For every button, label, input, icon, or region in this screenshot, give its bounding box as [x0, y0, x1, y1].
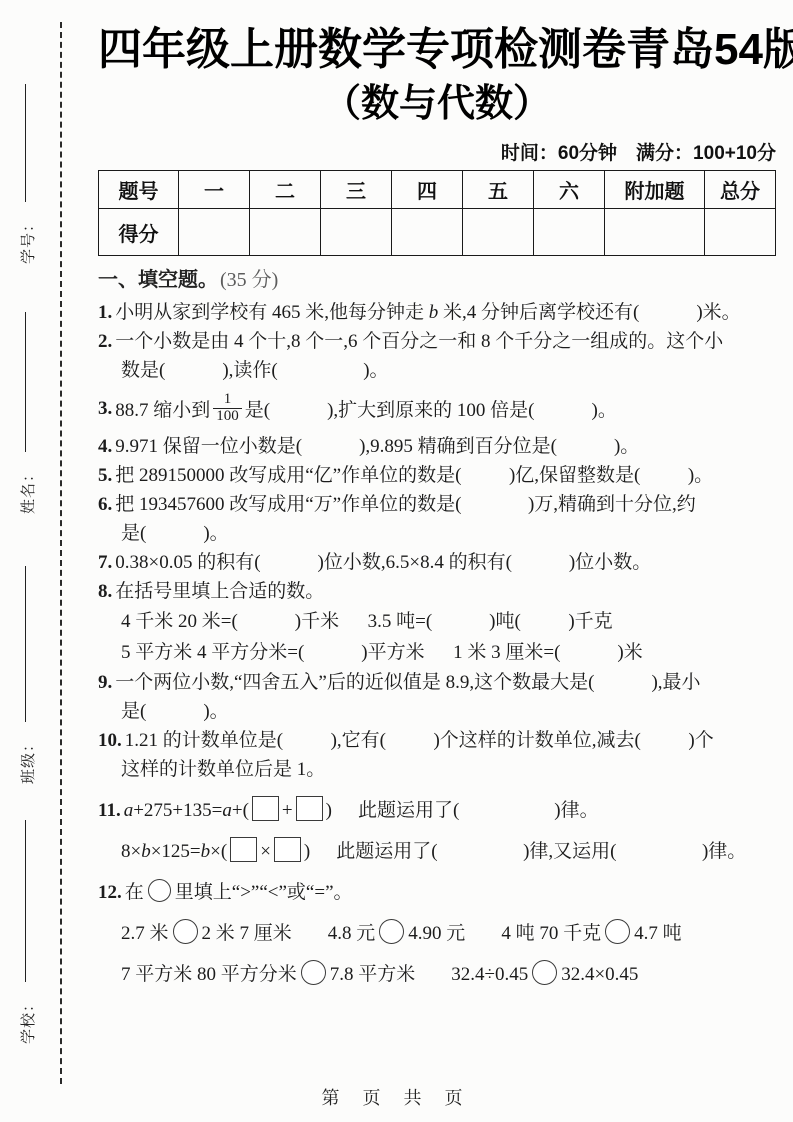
- page-subtitle: （数与代数）: [98, 83, 776, 127]
- equation-text: ): [326, 800, 332, 821]
- score-table-col-4: 四: [392, 171, 463, 209]
- comparison-circle: [605, 919, 630, 944]
- school-label: 学校：: [17, 996, 38, 1044]
- question-text: 小明从家到学校有 465 米,他每分钟走: [115, 302, 429, 323]
- equation-text: ): [304, 841, 310, 862]
- answer-box: [296, 796, 323, 821]
- score-cell: [250, 209, 321, 256]
- fraction-numerator: 1: [213, 392, 242, 408]
- score-table-col-6: 六: [534, 171, 605, 209]
- operator-times: ×: [260, 841, 271, 862]
- variable-a: a: [222, 800, 232, 821]
- comparison-row-1: 2.7 米2 米 7 厘米 4.8 元4.90 元 4 吨 70 千克4.7 吨: [98, 919, 776, 948]
- comparison-item: 32.4÷0.4532.4×0.45: [451, 960, 638, 989]
- variable-b: b: [429, 302, 439, 323]
- question-number: 4.: [98, 436, 112, 457]
- comparison-circle: [532, 960, 557, 985]
- comparison-item: 4 吨 70 千克4.7 吨: [501, 919, 681, 948]
- question-text: 这样的计数单位后是 1。: [121, 759, 325, 780]
- question-number: 7.: [98, 552, 112, 573]
- page-footer: 第 页 共 页: [0, 1084, 793, 1110]
- question-text: 里填上“>”“<”或“=”。: [175, 882, 353, 903]
- comparison-left: 4 吨 70 千克: [501, 923, 601, 944]
- question-1: 1.小明从家到学校有 465 米,他每分钟走 b 米,4 分钟后离学校还有( )…: [98, 298, 776, 327]
- score-table-col-3: 三: [321, 171, 392, 209]
- equation-text: ×(: [210, 841, 227, 862]
- fraction-denominator: 100: [213, 408, 242, 425]
- answer-box: [252, 796, 279, 821]
- comparison-circle: [148, 879, 171, 902]
- comparison-right: 4.90 元: [408, 923, 465, 944]
- comparison-row-2: 7 平方米 80 平方分米7.8 平方米 32.4÷0.4532.4×0.45: [98, 960, 776, 989]
- question-text: 0.38×0.05 的积有( )位小数,6.5×8.4 的积有( )位小数。: [115, 552, 651, 573]
- question-text: 9.971 保留一位小数是( ),9.895 精确到百分位是( )。: [115, 436, 639, 457]
- school-blank-line: [25, 820, 26, 982]
- question-11: 11.a+275+135=a+(+)此题运用了( )律。 8×b×125=b×(…: [98, 796, 776, 866]
- comparison-right: 7.8 平方米: [330, 964, 416, 985]
- fraction-one-hundredth: 1100: [213, 392, 242, 425]
- score-table-col-1: 一: [179, 171, 250, 209]
- question-text: 1.21 的计数单位是( ),它有( )个这样的计数单位,减去( )个: [125, 730, 714, 751]
- score-cell: [463, 209, 534, 256]
- answer-box: [274, 837, 301, 862]
- comparison-right: 4.7 吨: [634, 923, 682, 944]
- comparison-item: 7 平方米 80 平方分米7.8 平方米: [121, 960, 415, 989]
- student-id-blank-line: [25, 84, 26, 202]
- score-table-col-2: 二: [250, 171, 321, 209]
- equation-text: +(: [232, 800, 249, 821]
- question-text: 在括号里填上合适的数。: [115, 581, 324, 602]
- student-id-label: 学号：: [17, 216, 38, 264]
- score-table-header-row: 题号 一 二 三 四 五 六 附加题 总分: [99, 171, 776, 209]
- question-number: 11.: [98, 800, 121, 821]
- question-text: 5 平方米 4 平方分米=( )平方米 1 米 3 厘米=( )米: [121, 642, 643, 663]
- variable-b: b: [201, 841, 211, 862]
- comparison-circle: [301, 960, 326, 985]
- score-cell: [534, 209, 605, 256]
- question-number: 1.: [98, 302, 112, 323]
- score-cell: [605, 209, 705, 256]
- comparison-left: 32.4÷0.45: [451, 964, 528, 985]
- question-text: 把 289150000 改写成用“亿”作单位的数是( )亿,保留整数是( )。: [115, 465, 713, 486]
- exam-paper-page: 学号： 姓名： 班级： 学校： 四年级上册数学专项检测卷青岛54版 （数与代数）…: [0, 0, 793, 1122]
- question-number: 9.: [98, 672, 112, 693]
- score-table-col-total: 总分: [705, 171, 776, 209]
- student-name-blank-line: [25, 312, 26, 452]
- class-field: 班级：: [16, 566, 38, 784]
- question-3: 3.88.7 缩小到1100是( ),扩大到原来的 100 倍是( )。: [98, 392, 776, 425]
- question-10: 10.1.21 的计数单位是( ),它有( )个这样的计数单位,减去( )个 这…: [98, 726, 776, 784]
- question-text: 一个两位小数,“四舍五入”后的近似值是 8.9,这个数最大是( ),最小: [115, 672, 700, 693]
- page-title: 四年级上册数学专项检测卷青岛54版: [98, 24, 776, 77]
- question-12: 12.在里填上“>”“<”或“=”。 2.7 米2 米 7 厘米 4.8 元4.…: [98, 878, 776, 989]
- score-cell: [392, 209, 463, 256]
- class-label: 班级：: [17, 736, 38, 784]
- comparison-circle: [379, 919, 404, 944]
- variable-b: b: [141, 841, 151, 862]
- question-text: 是( )。: [121, 701, 229, 722]
- comparison-right: 32.4×0.45: [561, 964, 638, 985]
- question-text: 数是( ),读作( )。: [121, 360, 389, 381]
- student-name-field: 姓名：: [16, 312, 38, 514]
- question-text: 此题运用了( )律,又运用( )律。: [336, 841, 746, 862]
- student-name-label: 姓名：: [17, 466, 38, 514]
- operator-plus: +: [282, 800, 293, 821]
- equation-text: ×125=: [151, 841, 201, 862]
- margin-fold-line: [60, 22, 62, 1084]
- score-table-col-label: 题号: [99, 171, 179, 209]
- question-list: 1.小明从家到学校有 465 米,他每分钟走 b 米,4 分钟后离学校还有( )…: [98, 298, 776, 989]
- comparison-left: 2.7 米: [121, 923, 169, 944]
- question-text: 在: [125, 882, 144, 903]
- class-blank-line: [25, 566, 26, 722]
- equation-text: +275+135=: [133, 800, 222, 821]
- question-number: 6.: [98, 494, 112, 515]
- score-table: 题号 一 二 三 四 五 六 附加题 总分 得分: [98, 170, 776, 256]
- question-text: 此题运用了( )律。: [358, 800, 599, 821]
- score-cell: [179, 209, 250, 256]
- question-number: 3.: [98, 398, 112, 420]
- comparison-item: 2.7 米2 米 7 厘米: [121, 919, 292, 948]
- comparison-left: 4.8 元: [328, 923, 376, 944]
- equation-text: 8×: [121, 841, 141, 862]
- question-text: 一个小数是由 4 个十,8 个一,6 个百分之一和 8 个千分之一组成的。这个小: [115, 331, 723, 352]
- question-7: 7.0.38×0.05 的积有( )位小数,6.5×8.4 的积有( )位小数。: [98, 548, 776, 577]
- score-row-label: 得分: [99, 209, 179, 256]
- score-table-score-row: 得分: [99, 209, 776, 256]
- question-6: 6.把 193457600 改写成用“万”作单位的数是( )万,精确到十分位,约…: [98, 490, 776, 548]
- question-text: 4 千米 20 米=( )千米 3.5 吨=( )吨( )千克: [121, 611, 613, 632]
- question-5: 5.把 289150000 改写成用“亿”作单位的数是( )亿,保留整数是( )…: [98, 461, 776, 490]
- score-table-col-5: 五: [463, 171, 534, 209]
- question-2: 2.一个小数是由 4 个十,8 个一,6 个百分之一和 8 个千分之一组成的。这…: [98, 327, 776, 385]
- question-text: 88.7 缩小到: [115, 395, 210, 422]
- school-field: 学校：: [16, 820, 38, 1044]
- question-number: 10.: [98, 730, 122, 751]
- score-cell: [705, 209, 776, 256]
- student-id-field: 学号：: [16, 84, 38, 264]
- section-points: (35 分): [220, 269, 278, 291]
- question-number: 12.: [98, 882, 122, 903]
- comparison-circle: [173, 919, 198, 944]
- comparison-right: 2 米 7 厘米: [202, 923, 292, 944]
- content-column: 四年级上册数学专项检测卷青岛54版 （数与代数） 时间：60分钟 满分：100+…: [98, 24, 776, 989]
- question-9: 9.一个两位小数,“四舍五入”后的近似值是 8.9,这个数最大是( ),最小 是…: [98, 668, 776, 726]
- score-cell: [321, 209, 392, 256]
- question-4: 4.9.971 保留一位小数是( ),9.895 精确到百分位是( )。: [98, 432, 776, 461]
- time-score-info: 时间：60分钟 满分：100+10分: [98, 138, 776, 165]
- question-text: 是( )。: [121, 523, 229, 544]
- answer-box: [230, 837, 257, 862]
- variable-a: a: [124, 800, 134, 821]
- section-heading: 一、填空题。(35 分): [98, 266, 776, 294]
- score-table-col-bonus: 附加题: [605, 171, 705, 209]
- question-number: 5.: [98, 465, 112, 486]
- question-8: 8.在括号里填上合适的数。 4 千米 20 米=( )千米 3.5 吨=( )吨…: [98, 577, 776, 668]
- comparison-left: 7 平方米 80 平方分米: [121, 964, 297, 985]
- question-number: 8.: [98, 581, 112, 602]
- section-title: 一、填空题。: [98, 269, 218, 291]
- question-text: 把 193457600 改写成用“万”作单位的数是( )万,精确到十分位,约: [115, 494, 696, 515]
- question-text: 是( ),扩大到原来的 100 倍是( )。: [245, 395, 617, 422]
- question-number: 2.: [98, 331, 112, 352]
- comparison-item: 4.8 元4.90 元: [328, 919, 466, 948]
- question-text: 米,4 分钟后离学校还有( )米。: [438, 302, 740, 323]
